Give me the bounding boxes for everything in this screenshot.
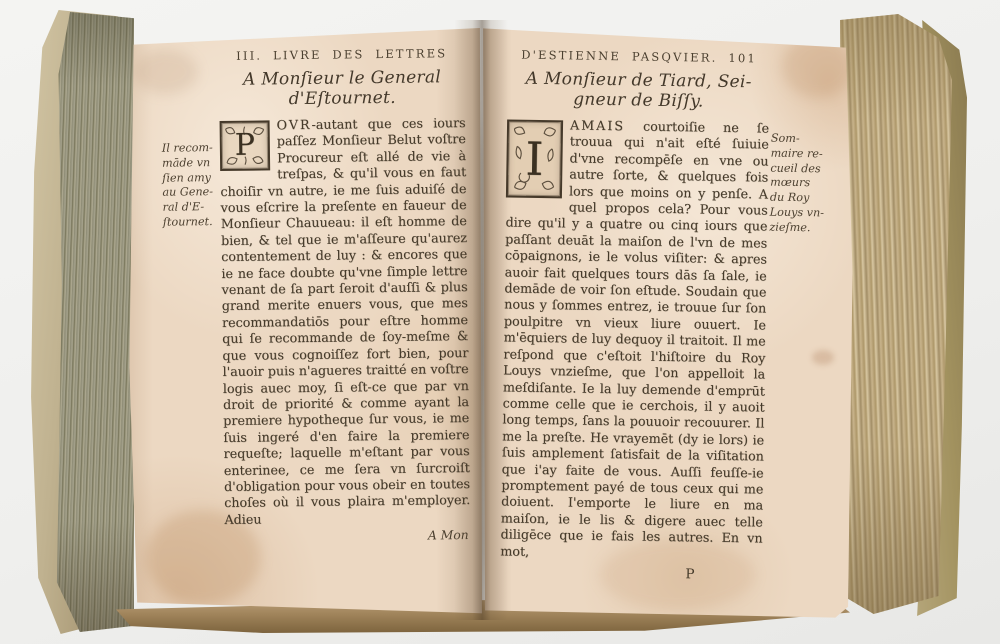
right-body-text: I AMAIS courtoiſie ne ſe trouua qui n'ai… xyxy=(500,116,769,563)
margin-note-line: mœurs xyxy=(770,176,836,192)
left-letter-title: A Monſieur le General d'Eſtournet. xyxy=(219,67,465,110)
margin-note-line: zieſme. xyxy=(769,220,835,236)
left-running-header: III. LIVRE DES LETTRES xyxy=(219,46,465,63)
right-margin-note: Som- maire re- cueil des mœurs du Roy Lo… xyxy=(769,132,837,237)
body-run: -autant que ces iours paſſez Monſieur Be… xyxy=(220,115,470,527)
right-page: D'ESTIENNE PASQVIER. 101 A Monſieur de T… xyxy=(482,20,854,620)
margin-note-line: ral d'E- xyxy=(163,200,223,216)
lead-capitals: OVR xyxy=(277,117,312,132)
catchword: A Mon xyxy=(225,528,471,545)
antique-book-photo: III. LIVRE DES LETTRES A Monſieur le Gen… xyxy=(0,0,1000,644)
left-page: III. LIVRE DES LETTRES A Monſieur le Gen… xyxy=(128,22,482,618)
margin-note-line: maire re- xyxy=(771,146,837,162)
right-letter-title: A Monſieur de Tiard, Sei- gneur de Biſſy… xyxy=(507,68,770,112)
right-fore-edge-pages xyxy=(840,14,952,614)
margin-note-line: Louys vn- xyxy=(770,206,836,222)
margin-note-line: māde vn xyxy=(162,156,222,172)
woodcut-initial-P: P xyxy=(220,120,271,171)
woodcut-initial-I: I xyxy=(506,119,563,198)
signature-mark: P xyxy=(500,563,762,583)
margin-note-line: du Roy xyxy=(770,191,836,207)
left-body-text: P OVR-autant que ces iours paſſez Monſie… xyxy=(220,115,471,528)
margin-note-line: Som- xyxy=(771,132,837,148)
lead-capitals: AMAIS xyxy=(570,117,625,133)
drop-cap-letter: I xyxy=(525,136,544,182)
left-fore-edge-pages xyxy=(52,12,134,632)
title-line: A Monſieur le General xyxy=(219,67,465,90)
margin-note-line: cueil des xyxy=(770,161,836,177)
title-line: A Monſieur de Tiard, Sei- xyxy=(508,68,770,92)
right-running-header: D'ESTIENNE PASQVIER. 101 xyxy=(508,47,770,65)
margin-note-line: au Gene- xyxy=(162,185,222,201)
drop-cap-letter: P xyxy=(235,131,256,161)
margin-note-line: Il recom- xyxy=(162,141,222,157)
margin-note-line: ſien amy xyxy=(162,171,222,187)
margin-note-line: ſtournet. xyxy=(163,215,223,231)
left-margin-note: Il recom- māde vn ſien amy au Gene- ral … xyxy=(162,141,223,231)
title-line: d'Eſtournet. xyxy=(219,87,465,110)
title-line: gneur de Biſſy. xyxy=(507,88,769,112)
